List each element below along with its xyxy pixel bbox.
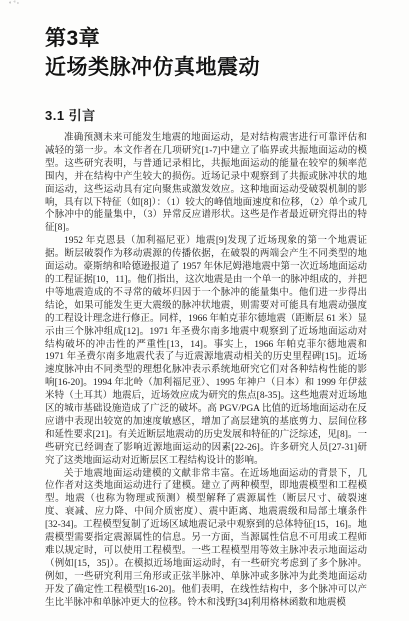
document-page: 第3章 近场类脉冲仿真地震动 3.1 引言 准确预测未来可能发生地震的地面运动，… <box>0 0 409 621</box>
body-paragraph-1: 准确预测未来可能发生地震的地面运动，是对结构震害进行可靠评估和减轻的第一步。本文… <box>45 132 367 235</box>
section-heading: 3.1 引言 <box>45 108 367 124</box>
page-content: 第3章 近场类脉冲仿真地震动 3.1 引言 准确预测未来可能发生地震的地面运动，… <box>45 24 367 610</box>
scan-artifact <box>8 0 19 5</box>
chapter-heading: 第3章 近场类脉冲仿真地震动 <box>45 24 367 82</box>
chapter-number: 第3章 <box>45 24 367 53</box>
chapter-title: 近场类脉冲仿真地震动 <box>45 53 367 82</box>
body-paragraph-2: 1952 年克恩县（加利福尼亚）地震[9]发现了近场现象的第一个地震证据。断层破… <box>45 235 367 467</box>
body-paragraph-3: 关于地震地面运动建模的文献非常丰富。在近场地面运动的背景下，几位作者对这类地面运… <box>45 468 367 610</box>
